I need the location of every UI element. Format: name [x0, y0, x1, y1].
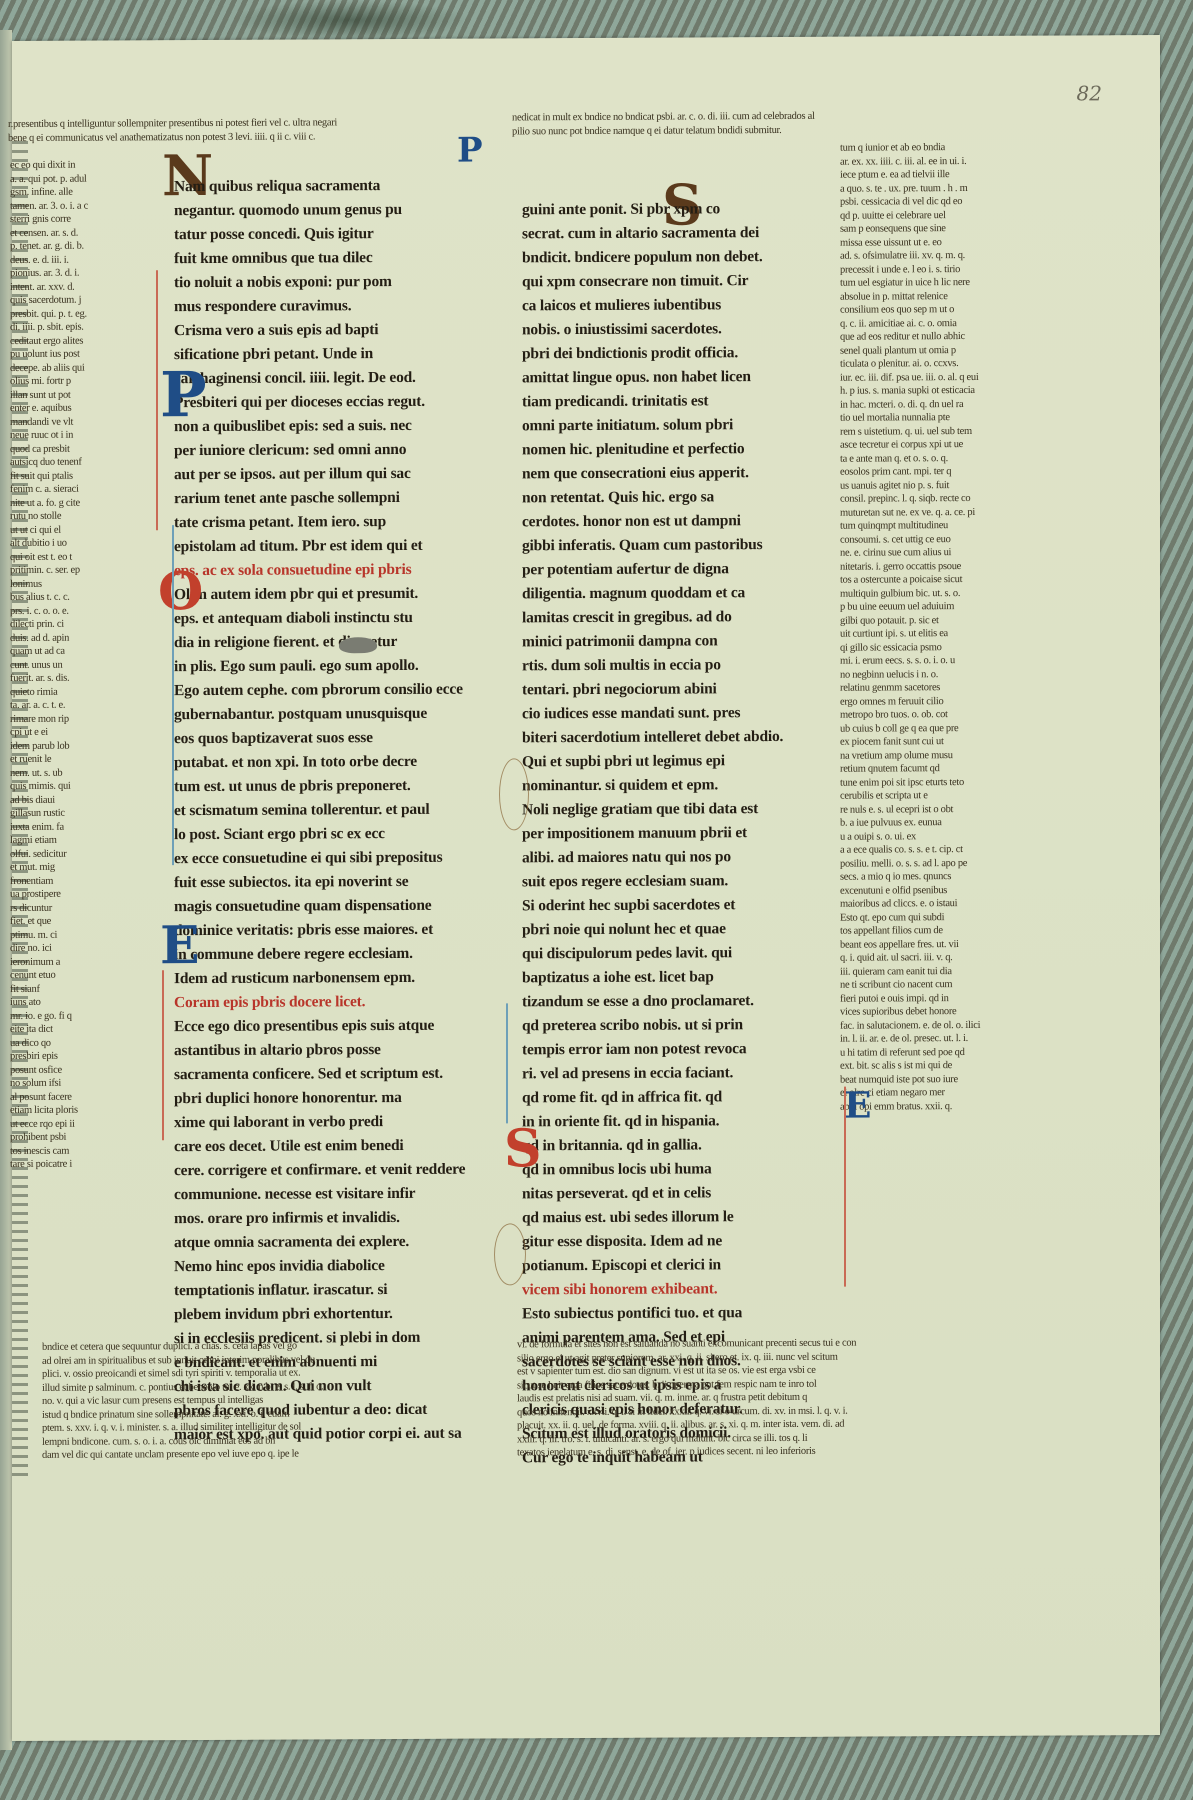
gloss-line: excenutuni e olfid psenibus — [840, 883, 1055, 898]
gloss-line: beant eos appellare fres. ut. vii — [840, 937, 1055, 952]
gloss-line: autsicq duo tenenf — [10, 455, 122, 469]
gloss-line: nite ut a. fo. g cite — [10, 496, 122, 510]
gloss-line: vices supioribus debet honore — [840, 1005, 1055, 1020]
shadow — [230, 0, 470, 40]
text-line: negantur. quomodo unum genus pu — [174, 198, 474, 224]
gloss-line: dire no. ici — [10, 941, 122, 955]
gloss-line: gsm. infine. alle — [10, 185, 122, 199]
parchment-hole — [339, 637, 377, 653]
text-line: nitas perseverat. qd et in celis — [522, 1181, 812, 1207]
gloss-line: beat numquid iste pot suo iure — [840, 1072, 1055, 1087]
text-line: communione. necesse est visitare infir — [174, 1182, 474, 1208]
text-line: gitur esse disposita. Idem ad ne — [522, 1229, 812, 1255]
text-line: pbri duplici honore honorentur. ma — [174, 1086, 474, 1112]
text-line: et scismatum semina tollerentur. et paul — [174, 798, 474, 824]
gloss-line: relatinu genmm sacetores — [840, 681, 1055, 696]
text-column-b: guini ante ponit. Si pbr xpm cosecrat. c… — [522, 197, 812, 1471]
gloss-line: tio uel mortalia nunnalia pte — [840, 411, 1055, 426]
text-line: aut per se ipsos. aut per illum qui sac — [174, 462, 474, 488]
gloss-line: precessit i unde e. l eo i. s. tirio — [840, 262, 1055, 277]
gloss-line: cpi ut e ei — [10, 725, 122, 739]
gloss-line: rutu no stolle — [10, 509, 122, 523]
text-line: mos. orare pro infirmis et invalidis. — [174, 1206, 474, 1232]
gloss-line: a quo. s. te . ux. pre. tuum . h . m — [840, 181, 1055, 196]
text-line: gibbi inferatis. Quam cum pastoribus — [522, 533, 812, 559]
text-line: non retentat. Quis hic. ergo sa — [522, 485, 812, 511]
text-line: temptationis inflatur. irascatur. si — [174, 1278, 474, 1304]
text-line: cerdotes. honor non est ut dampni — [522, 509, 812, 535]
text-line: per iuniore clericum: sed omni anno — [174, 438, 474, 464]
text-line: Nemo hinc epos invidia diabolice — [174, 1254, 474, 1280]
gloss-line: presbiri epis — [10, 1049, 122, 1063]
gloss-line: b. a iue pulvuus ex. eunua — [840, 816, 1055, 831]
gloss-line: cerubilis et scripta ut e — [840, 789, 1055, 804]
text-line: Ecce ego dico presentibus epis suis atqu… — [174, 1014, 474, 1040]
gloss-line: tum uel esgiatur in uice h lic nere — [840, 276, 1055, 291]
text-line: Idem ad rusticum narbonensem epm. — [174, 966, 474, 992]
folio-number: 82 — [1077, 81, 1102, 105]
gloss-top-right: nedicat in mult ex bndice no bndicat psb… — [512, 109, 1042, 139]
gloss-line: maioribus ad cliccs. e. o istaui — [840, 897, 1055, 912]
text-line: gubernabantur. postquam unusquisque — [174, 702, 474, 728]
text-line: vicem sibi honorem exhibeant. — [522, 1277, 812, 1303]
gloss-line: fronentiam — [10, 874, 122, 888]
gloss-line: metropo bro tuos. o. ob. cot — [840, 708, 1055, 723]
gloss-line: rs dicuntur — [10, 901, 122, 915]
text-line: mus respondere curavimus. — [174, 294, 474, 320]
gloss-line: senel quali plantum ut omia p — [840, 343, 1055, 358]
text-line: Si oderint hec supbi sacerdotes et — [522, 893, 812, 919]
text-line: rtis. dum soli multis in eccia po — [522, 653, 812, 679]
gloss-line: h. p ius. s. mania supki ot esticacia — [840, 384, 1055, 399]
gloss-line: cunt. unus un — [10, 658, 122, 672]
gloss-line: lonimus — [10, 577, 122, 591]
gloss-line: u hi tatim di referunt sed poe qd — [840, 1045, 1055, 1060]
gloss-line: intent. ar. xxv. d. — [10, 280, 122, 294]
gloss-line: lagmi etiam — [10, 833, 122, 847]
text-line: atque omnia sacramenta dei explere. — [174, 1230, 474, 1256]
text-line: tizandum se esse a dno proclamaret. — [522, 989, 812, 1015]
gloss-line: etiam licita ploris — [10, 1103, 122, 1117]
decorated-initial-e: S — [504, 1123, 542, 1175]
gloss-line: iece ptum e. ea ad tielvii ille — [840, 168, 1055, 183]
gloss-line: ut ecce rqo epi ii — [10, 1117, 122, 1131]
gloss-line: muturetan sut ne. ex ve. q. a. ce. pi — [840, 505, 1055, 520]
decorated-initial-e: E — [160, 920, 200, 972]
gloss-line: consilium eos quo sep m ut o — [840, 303, 1055, 318]
text-line: guini ante ponit. Si pbr xpm co — [522, 197, 812, 223]
text-line: non a quibuslibet epis: sed a suis. nec — [174, 414, 474, 440]
gloss-line: qui oit est t. eo t — [10, 550, 122, 564]
gloss-line: ua prostipere — [10, 887, 122, 901]
gloss-line: ec eo qui dixit in — [10, 158, 122, 172]
text-line: suit epos regere ecclesiam suam. — [522, 869, 812, 895]
gloss-line: asce tecretur ei corpus xpi ut ue — [840, 438, 1055, 453]
gloss-line: missa esse uissunt ut e. eo — [840, 235, 1055, 250]
grotesque-face-flourish — [494, 1223, 526, 1285]
gloss-line: bene q ei communicatus vel anathematizat… — [8, 129, 458, 145]
gloss-line: posunt osfice — [10, 1063, 122, 1077]
gloss-line: et mut. mig — [10, 860, 122, 874]
text-line: per impositionem manuum pbrii et — [522, 821, 812, 847]
text-line: Olim autem idem pbr qui et presumit. — [174, 582, 474, 608]
text-line: putabat. et non xpi. In toto orbe decre — [174, 750, 474, 776]
text-line: amittat lingue opus. non habet licen — [522, 365, 812, 391]
gloss-line: psbi. cessicacia di vel dic qd eo — [840, 195, 1055, 210]
text-line: qd in britannia. qd in gallia. — [522, 1133, 812, 1159]
gloss-line: rimare mon rip — [10, 712, 122, 726]
text-line: in commune debere regere ecclesiam. — [174, 942, 474, 968]
text-line: qd rome fit. qd in affrica fit. qd — [522, 1085, 812, 1111]
text-line: in plis. Ego sum pauli. ego sum apollo. — [174, 654, 474, 680]
text-line: sacramenta conficere. Sed et scriptum es… — [174, 1062, 474, 1088]
gloss-line: no negbinn uelucis i n. o. — [840, 667, 1055, 682]
text-line: carthaginensi concil. iiii. legit. De eo… — [174, 366, 474, 392]
text-line: qd in omnibus locis ubi huma — [522, 1157, 812, 1183]
gloss-line: iur. ec. iii. dif. psa ue. iii. o. al. q… — [840, 370, 1055, 385]
text-line: nomen hic. plenitudine et perfectio — [522, 437, 812, 463]
gloss-line: ub cuius b coll ge q ea que pre — [840, 721, 1055, 736]
text-line: minici patrimonii dampna con — [522, 629, 812, 655]
text-line: xime qui laborant in verbo predi — [174, 1110, 474, 1136]
gloss-line: mandandi ve vlt — [10, 415, 122, 429]
gloss-line: p bu uine eeuum uel aduiuim — [840, 600, 1055, 615]
decorated-initial-p: P — [160, 364, 207, 426]
text-line: tiam predicandi. trinitatis est — [522, 389, 812, 415]
gloss-line: consil. prepinc. l. q. siqb. recte co — [840, 492, 1055, 507]
text-line: Noli neglige gratiam que tibi data est — [522, 797, 812, 823]
gloss-line: ar. ex. xx. iiii. c. iii. al. ee in ui. … — [840, 154, 1055, 169]
gloss-line: nitetaris. i. gerro occattis psoue — [840, 559, 1055, 574]
text-line: biteri sacerdotium intelleret debet abdi… — [522, 725, 812, 751]
gloss-line: alt dubitio i uo — [10, 536, 122, 550]
text-line: ex ecce consuetudine ei qui sibi preposi… — [174, 846, 474, 872]
text-line: nominantur. si quidem et epm. — [522, 773, 812, 799]
gloss-line: dilecti prin. ci — [10, 617, 122, 631]
gloss-line: al posunt facere — [10, 1090, 122, 1104]
gloss-line: sam p eonsequens que sine — [840, 222, 1055, 237]
text-line: pbri dei bndictionis prodit officia. — [522, 341, 812, 367]
gloss-line: fit suit qui ptalis — [10, 469, 122, 483]
gloss-line: et ruenit le — [10, 752, 122, 766]
text-line: dominice veritatis: pbris esse maiores. … — [174, 918, 474, 944]
gloss-line: tune enim poi sit ipsc eturts teto — [840, 775, 1055, 790]
gloss-right-column: tum q iunior et ab eo bndiaar. ex. xx. i… — [840, 141, 1055, 1114]
text-line: tentari. pbri negociorum abini — [522, 677, 812, 703]
text-line: fuit kme omnibus que tua dilec — [174, 246, 474, 272]
text-line: eps. ac ex sola consuetudine epi pbris — [174, 558, 474, 584]
text-line: tempis error iam non potest revoca — [522, 1037, 812, 1063]
text-line: tum est. ut unus de pbris preponeret. — [174, 774, 474, 800]
text-line: pbri noie qui nolunt hec et quae — [522, 917, 812, 943]
gloss-line: iuns ato — [10, 995, 122, 1009]
gloss-line: idem parub lob — [10, 739, 122, 753]
gloss-line: no solum ifsi — [10, 1076, 122, 1090]
gloss-line: retium qnutem facumt qd — [840, 762, 1055, 777]
text-line: secrat. cum in altario sacramenta dei — [522, 221, 812, 247]
gloss-line: ei olre ci etiam negaro mer — [840, 1086, 1055, 1101]
text-line: alibi. ad maiores natu qui nos po — [522, 845, 812, 871]
gloss-line: ut ut ci qui el — [10, 523, 122, 537]
gloss-line: consoumi. s. cet uttig ce euo — [840, 532, 1055, 547]
gloss-line: fac. in salutacionem. e. de ol. o. ilici — [840, 1018, 1055, 1033]
text-line: potianum. Episcopi et clerici in — [522, 1253, 812, 1279]
gloss-line: in hac. mcteri. o. di. q. dn uel ra — [840, 397, 1055, 412]
text-line: lo post. Sciant ergo pbri sc ex ecc — [174, 822, 474, 848]
gloss-line: ceditaut ergo alites — [10, 334, 122, 348]
text-line: tate crisma petant. Item iero. sup — [174, 510, 474, 536]
gloss-line: bus alius t. c. c. — [10, 590, 122, 604]
gloss-line: di. iiii. p. sbit. epis. — [10, 320, 122, 334]
text-line: bndicit. bndicere populum non debet. — [522, 245, 812, 271]
text-line: cere. corrigere et confirmare. et venit … — [174, 1158, 474, 1184]
text-line: ca laicos et mulieres iubentibus — [522, 293, 812, 319]
text-line: magis consuetudine quam dispensatione — [174, 894, 474, 920]
gloss-line: fuerit. ar. s. dis. — [10, 671, 122, 685]
gloss-line: cenunt etuo — [10, 968, 122, 982]
gloss-line: na vretium amp olume musu — [840, 748, 1055, 763]
gloss-line: posiliu. melli. o. s. s. ad l. apo pe — [840, 856, 1055, 871]
gloss-line: decepe. ab aliis qui — [10, 361, 122, 375]
text-line: eos quos baptizaverat suos esse — [174, 726, 474, 752]
gloss-line: pritimin. c. ser. ep — [10, 563, 122, 577]
gloss-line: quam ut ad ca — [10, 644, 122, 658]
gloss-line: presbit. qui. p. t. eg. — [10, 307, 122, 321]
gloss-line: in. l. ii. ar. e. de ol. presec. ut. l. … — [840, 1032, 1055, 1047]
gloss-line: uit curtiunt ipi. s. ut elitis ea — [840, 627, 1055, 642]
gloss-line: tamen. ar. 3. o. i. a c — [10, 199, 122, 213]
gloss-line: fieri putoi e ouis impi. qd in — [840, 991, 1055, 1006]
gloss-line: ua dico qo — [10, 1036, 122, 1050]
text-line: sificatione pbri petant. Unde in — [174, 342, 474, 368]
text-line: per potentiam aufertur de digna — [522, 557, 812, 583]
text-line: nobis. o iniustissimi sacerdotes. — [522, 317, 812, 343]
manuscript-page: 82 r.presentibus q intelliguntur sollemp… — [12, 35, 1160, 1741]
gloss-line: q. i. quid ait. ul sacri. iii. v. q. — [840, 951, 1055, 966]
text-line: care eos decet. Utile est enim benedi — [174, 1134, 474, 1160]
gloss-line: prs. i. c. o. o. e. — [10, 604, 122, 618]
gloss-line: fit sianf — [10, 982, 122, 996]
text-line: plebem invidum pbri exhortentur. — [174, 1302, 474, 1328]
blue-initial-p: P — [457, 134, 483, 168]
text-line: tio noluit a nobis exponi: pur pom — [174, 270, 474, 296]
text-line: Qui et supbi pbri ut legimus epi — [522, 749, 812, 775]
gloss-line: quis mimis. qui — [10, 779, 122, 793]
gloss-line: fiet. et que — [10, 914, 122, 928]
text-line: dia in religione fierent. et diceretur — [174, 630, 474, 656]
gloss-line: tos appellant filios cum de — [840, 924, 1055, 939]
decorated-initial-e-gloss: E — [844, 1088, 871, 1124]
gloss-line: neue ruuc ot i in — [10, 428, 122, 442]
text-line: qd preterea scribo nobis. ut si prin — [522, 1013, 812, 1039]
gloss-line: dam vel dic qui cantate unclam presente … — [42, 1447, 482, 1463]
gloss-bottom-right: vi. de formula et sites non est saluanda… — [517, 1335, 1067, 1459]
gloss-line: ext. bit. sc alis s ist mi qui de — [840, 1059, 1055, 1074]
gloss-line: ad. s. ofsimulatre iii. xv. q. m. q. — [840, 249, 1055, 264]
gloss-line: tum quinqmpt multitudineu — [840, 519, 1055, 534]
gloss-line: ne. e. cirinu sue cum alius ui — [840, 546, 1055, 561]
gloss-line: tos inescis cam — [10, 1144, 122, 1158]
gloss-line: deus. e. d. iii. i. — [10, 253, 122, 267]
gloss-line: ab ii opi emm bratus. xxii. q. — [840, 1099, 1055, 1114]
text-line: Presbiteri qui per dioceses eccias regut… — [174, 390, 474, 416]
pen-flourish — [162, 970, 164, 1140]
gloss-line: fenim c. a. sieraci — [10, 482, 122, 496]
text-line: qui xpm consecrare non timuit. Cir — [522, 269, 812, 295]
gloss-line: duis. ad d. apin — [10, 631, 122, 645]
gloss-line: iii. quieram cam eanit tui dia — [840, 964, 1055, 979]
text-line: nem que consecrationi eius apperit. — [522, 461, 812, 487]
gloss-line: texatos ienelatum e. s. di. senst. e. de… — [517, 1443, 1067, 1459]
gloss-line: re nuls e. s. ul ecepri ist o obt — [840, 802, 1055, 817]
gloss-line: qd p. uuitte ei celebrare uel — [840, 208, 1055, 223]
gloss-line: illan sunt ut pot — [10, 388, 122, 402]
gloss-line: secs. a mio q io mes. qnuncs — [840, 870, 1055, 885]
gloss-line: que ad eos reditur et nullo abhic — [840, 330, 1055, 345]
text-line: epistolam ad titum. Pbr est idem qui et — [174, 534, 474, 560]
decorated-initial-o: O — [158, 566, 203, 618]
text-line: eps. et antequam diaboli instinctu stu — [174, 606, 474, 632]
gloss-line: absolue in p. mittat relenice — [840, 289, 1055, 304]
gloss-line: gilbi quo potauit. p. sic et — [840, 613, 1055, 628]
gloss-line: nem. ut. s. ub — [10, 766, 122, 780]
gloss-line: ad bis diaui — [10, 793, 122, 807]
text-line: fuit esse subiectos. ita epi noverint se — [174, 870, 474, 896]
pen-flourish — [844, 1087, 846, 1287]
gloss-line: ticulata o plenitur. ai. o. ccxvs. — [840, 357, 1055, 372]
gloss-line: mi. i. erum eecs. s. s. o. i. o. u — [840, 654, 1055, 669]
gloss-line: enter e. aquibus — [10, 401, 122, 415]
text-line: tatur posse concedi. Quis igitur — [174, 222, 474, 248]
gloss-line: pilio suo nunc pot bndice namque q ei da… — [512, 122, 1042, 138]
text-line: qui discipulorum pedes lavit. qui — [522, 941, 812, 967]
pen-flourish — [156, 270, 158, 530]
grotesque-face-flourish — [499, 758, 529, 830]
gloss-line: tare si poicatre i — [10, 1157, 122, 1171]
text-line: omni parte initiatum. solum pbri — [522, 413, 812, 439]
gloss-line: ta. ar. a. c. t. e. — [10, 698, 122, 712]
gloss-line: mr. io. e go. fi q — [10, 1009, 122, 1023]
gloss-line: gillasun rustic — [10, 806, 122, 820]
text-line: Ego autem cephe. com pbrorum consilio ec… — [174, 678, 474, 704]
gloss-line: u a ouipi s. o. ui. ex — [840, 829, 1055, 844]
gloss-line: quieto rimia — [10, 685, 122, 699]
text-line: qd maius est. ubi sedes illorum le — [522, 1205, 812, 1231]
text-line: cio iudices esse mandati sunt. pres — [522, 701, 812, 727]
gloss-line: ne ti scribunt cio nacent cum — [840, 978, 1055, 993]
gloss-line: pu uolunt ius post — [10, 347, 122, 361]
gloss-bottom-left: bndice et cetera que sequuntur duplici. … — [42, 1339, 482, 1463]
text-line: Nam quibus reliqua sacramenta — [174, 174, 474, 200]
gloss-line: Esto qt. epo cum qui subdi — [840, 910, 1055, 925]
gloss-line: quis sacerdotum. j — [10, 293, 122, 307]
gloss-line: pionius. ar. 3. d. i. — [10, 266, 122, 280]
gloss-line: multiquin gulbium bic. ut. s. o. — [840, 586, 1055, 601]
gloss-line: et censen. ar. s. d. — [10, 226, 122, 240]
text-line: Esto subiectus pontifici tuo. et qua — [522, 1301, 812, 1327]
gloss-line: a. a. qui pot. p. adul — [10, 172, 122, 186]
text-line: in in oriente fit. qd in hispania. — [522, 1109, 812, 1135]
pen-flourish — [172, 525, 174, 865]
gloss-top: r.presentibus q intelliguntur sollempnit… — [8, 116, 458, 145]
gloss-line: quod ca presbit — [10, 442, 122, 456]
text-line: astantibus in altario pbros posse — [174, 1038, 474, 1064]
gloss-line: tos a ostercunte a poicaise sicut — [840, 573, 1055, 588]
text-line: lamitas crescit in gregibus. ad do — [522, 605, 812, 631]
gloss-line: olius mi. fortr p — [10, 374, 122, 388]
text-line: rarium tenet ante pasche sollempni — [174, 486, 474, 512]
gloss-line: olfui. sedicitur — [10, 847, 122, 861]
gloss-line: tum q iunior et ab eo bndia — [840, 141, 1055, 156]
gloss-line: rem s uistetium. q. ui. uel sub tem — [840, 424, 1055, 439]
text-line: Crisma vero a suis epis ad bapti — [174, 318, 474, 344]
gloss-line: iuxta enim. fa — [10, 820, 122, 834]
gloss-line: eite ita dict — [10, 1022, 122, 1036]
gloss-line: prohibent psbi — [10, 1130, 122, 1144]
text-line: ri. vel ad presens in eccia faciant. — [522, 1061, 812, 1087]
text-column-a: Nam quibus reliqua sacramentanegantur. q… — [174, 174, 474, 1448]
gloss-line: ta e ante man q. et o. s. o. q. — [840, 451, 1055, 466]
gloss-line: eosolos prim cant. mpi. ter q — [840, 465, 1055, 480]
text-line: diligentia. magnum quoddam et ca — [522, 581, 812, 607]
gloss-line: sterri gnis corre — [10, 212, 122, 226]
gloss-line: q. c. ii. amicitiae ai. c. o. omia — [840, 316, 1055, 331]
gloss-line: ptimu. m. ci — [10, 928, 122, 942]
gloss-line: qi gillo sic essicacia psmo — [840, 640, 1055, 655]
gloss-line: ieronimum a — [10, 955, 122, 969]
text-line: baptizatus a iohe est. licet bap — [522, 965, 812, 991]
gloss-line: us uanuis agitet nio p. s. fuit — [840, 478, 1055, 493]
gloss-line: a a ece qualis co. s. s. e t. cip. ct — [840, 843, 1055, 858]
gloss-line: p. tenet. ar. g. di. b. — [10, 239, 122, 253]
text-line: Coram epis pbris docere licet. — [174, 990, 474, 1016]
gloss-line: ergo omnes m feruuit cilio — [840, 694, 1055, 709]
gloss-left-column: ec eo qui dixit ina. a. qui pot. p. adul… — [10, 158, 122, 1171]
pen-flourish — [506, 1003, 508, 1123]
gloss-line: ex piocem fanit sunt cui ut — [840, 735, 1055, 750]
